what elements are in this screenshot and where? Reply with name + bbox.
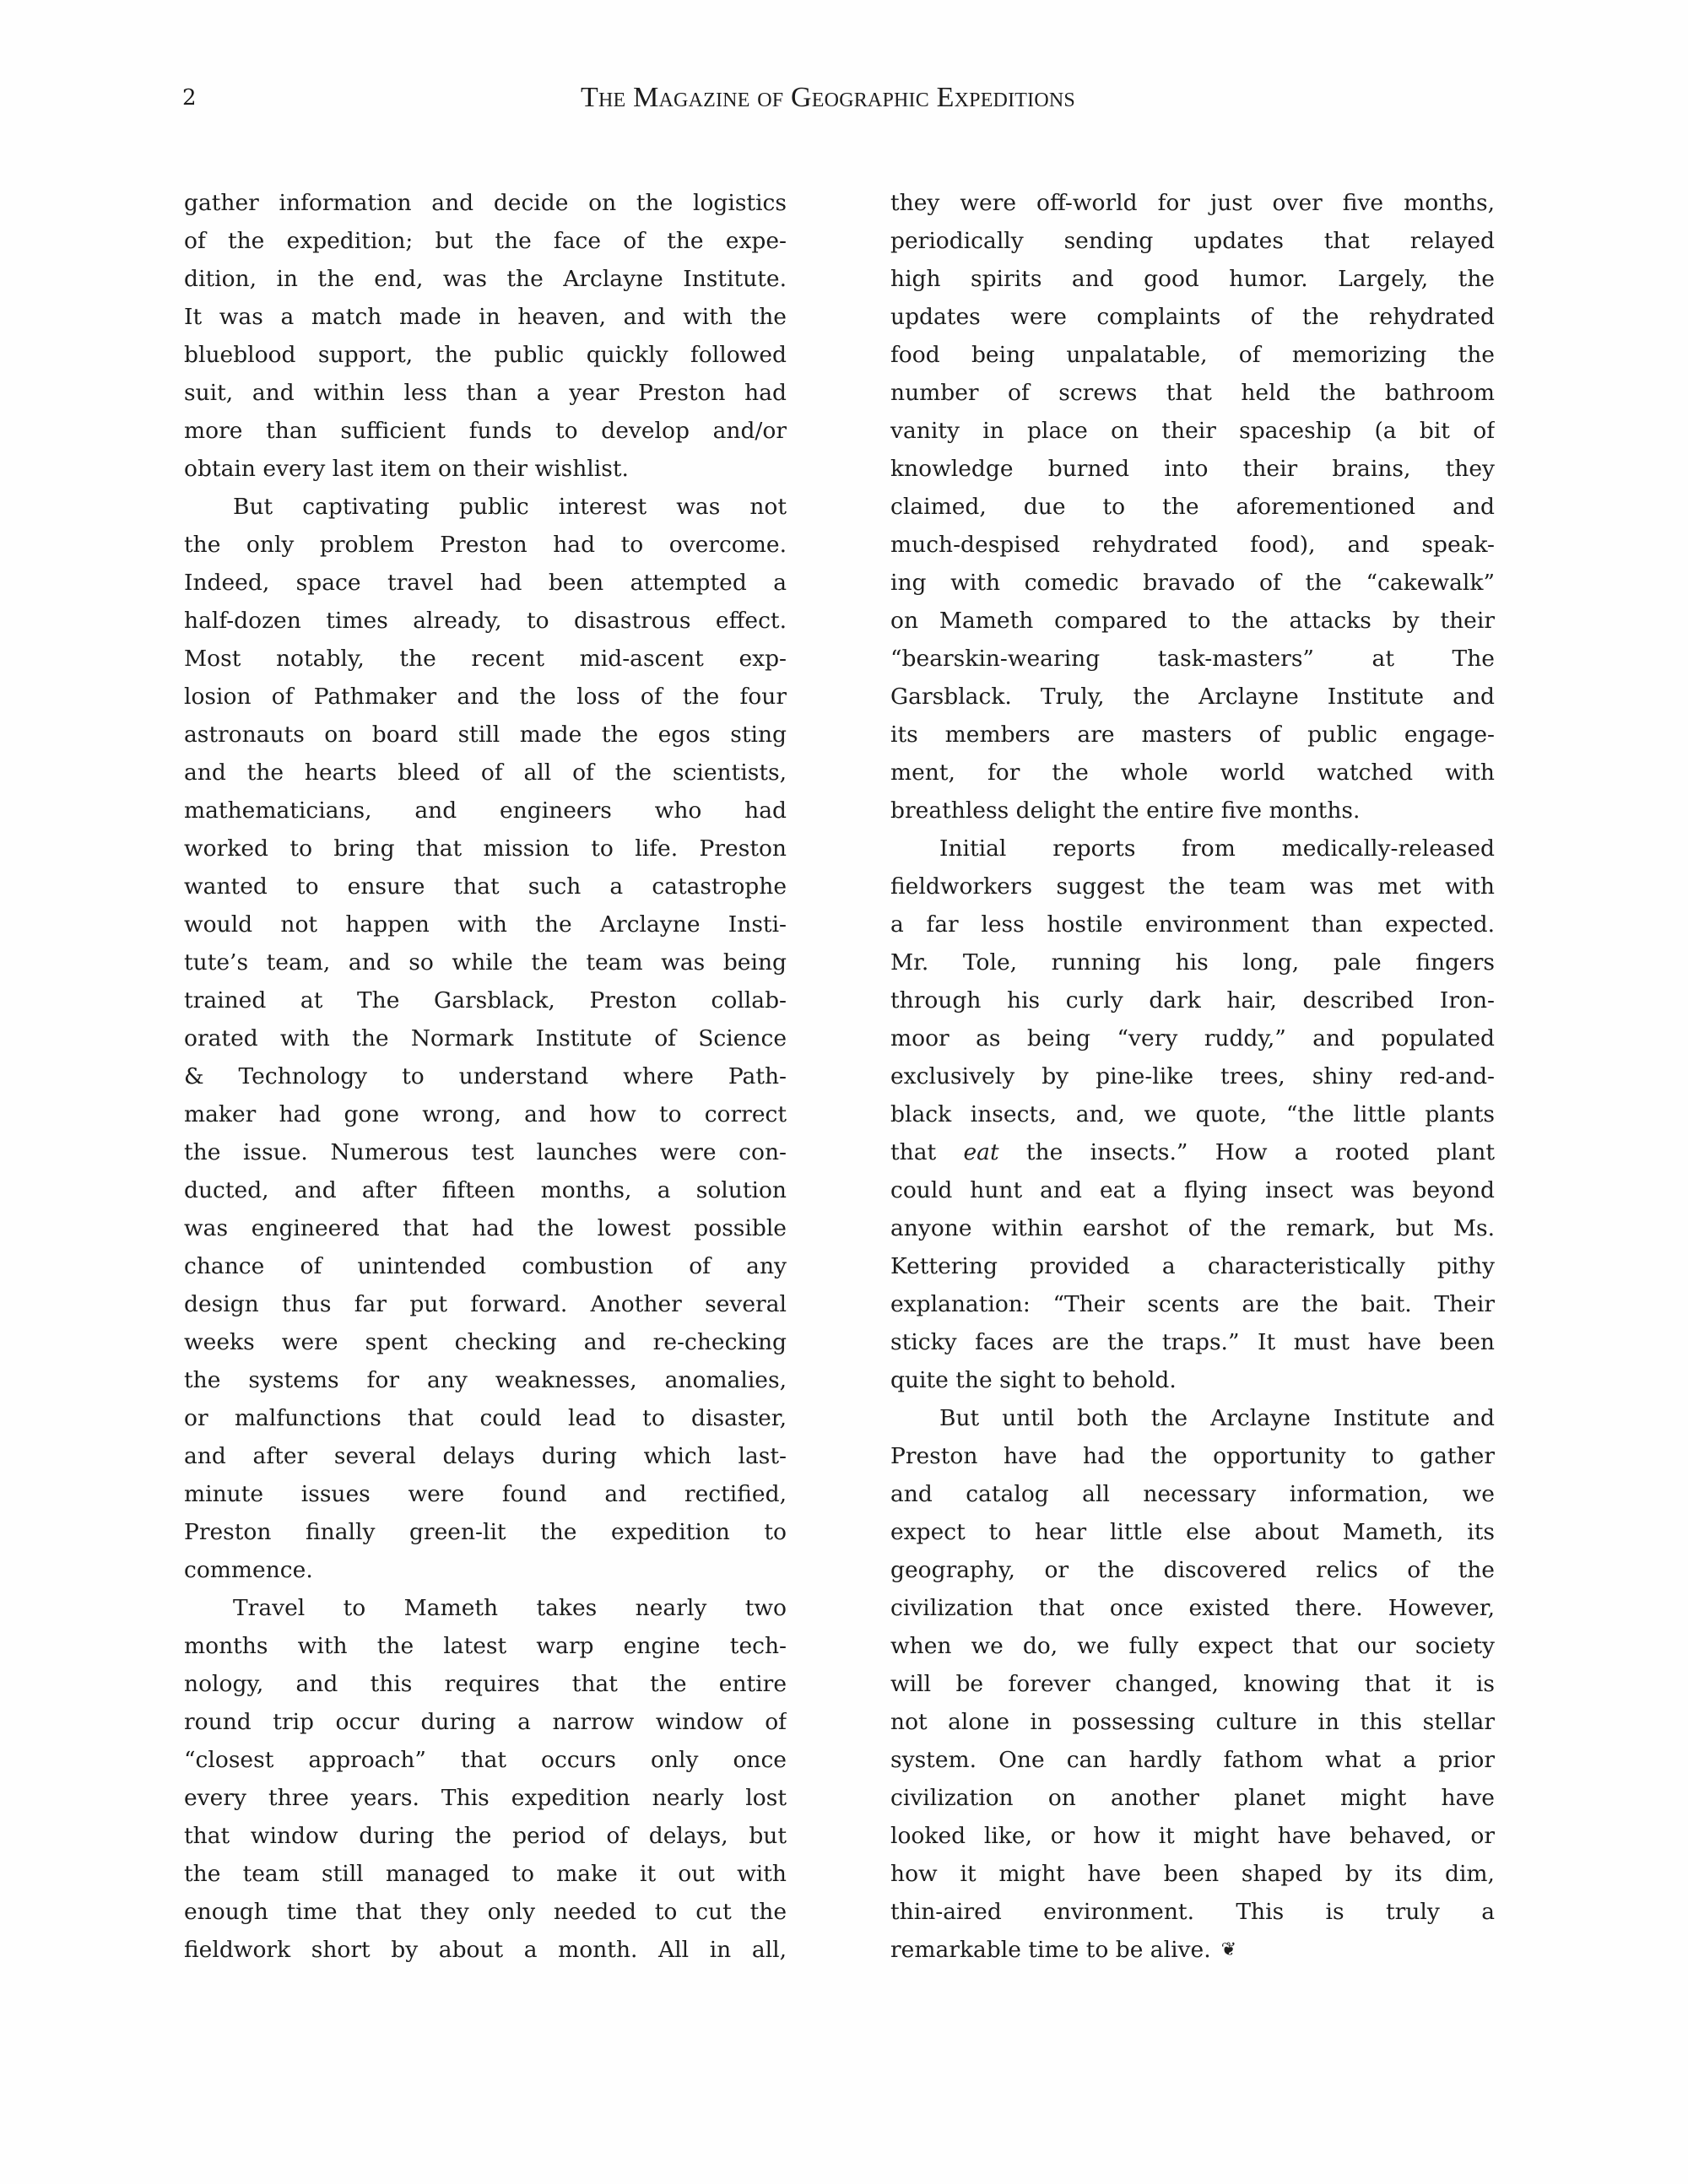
line-text: was engineered that had the lowest possi… [184,1215,787,1241]
line-text: or malfunctions that could lead to disas… [184,1405,787,1431]
line-text: would not happen with the Arclayne Insti… [184,911,787,938]
text-line: much-despised rehydrated food), and spea… [890,526,1495,564]
line-text: every three years. This expedition nearl… [184,1785,787,1811]
line-text: design thus far put forward. Another sev… [184,1291,787,1317]
text-line: quite the sight to behold. [890,1361,1495,1399]
text-line: fieldwork short by about a month. All in… [184,1931,787,1969]
line-text: Travel to Mameth takes nearly two [233,1595,787,1621]
text-line: number of screws that held the bathroom [890,374,1495,412]
line-text: “closest approach” that occurs only once [184,1747,787,1773]
line-text: thin-aired environment. This is truly a [890,1899,1495,1925]
text-line: they were off-world for just over five m… [890,184,1495,222]
line-text: mathematicians, and engineers who had [184,797,787,824]
text-line: the issue. Numerous test launches were c… [184,1133,787,1171]
line-text: ment, for the whole world watched with [890,760,1495,786]
line-text: expect to hear little else about Mameth,… [890,1519,1495,1545]
text-line: blueblood support, the public quickly fo… [184,336,787,374]
end-ornament-icon: ❦ [1221,1931,1236,1969]
line-text: and the hearts bleed of all of the scien… [184,760,787,786]
text-line: Mr. Tole, running his long, pale fingers [890,943,1495,981]
text-line: high spirits and good humor. Largely, th… [890,260,1495,298]
line-text: minute issues were found and rectified, [184,1481,787,1507]
line-text: Preston finally green-lit the expedition… [184,1519,787,1545]
text-line: could hunt and eat a flying insect was b… [890,1171,1495,1209]
line-text: blueblood support, the public quickly fo… [184,342,787,368]
line-text: orated with the Normark Institute of Sci… [184,1025,787,1051]
line-text: geography, or the discovered relics of t… [890,1557,1495,1583]
line-text: months with the latest warp engine tech- [184,1633,787,1659]
text-line: how it might have been shaped by its dim… [890,1855,1495,1893]
line-text: suit, and within less than a year Presto… [184,380,787,406]
text-line: Indeed, space travel had been attempted … [184,564,787,602]
text-line: and catalog all necessary information, w… [890,1475,1495,1513]
line-text: that window during the period of delays,… [184,1823,787,1849]
text-line: ment, for the whole world watched with [890,754,1495,792]
text-line: claimed, due to the aforementioned and [890,488,1495,526]
text-line: of the expedition; but the face of the e… [184,222,787,260]
text-line: “bearskin-wearing task-masters” at The [890,640,1495,678]
line-text: It was a match made in heaven, and with … [184,304,787,330]
text-line: periodically sending updates that relaye… [890,222,1495,260]
text-line: wanted to ensure that such a catastrophe [184,868,787,905]
text-line: Most notably, the recent mid-ascent exp- [184,640,787,678]
text-line: ducted, and after fifteen months, a solu… [184,1171,787,1209]
line-text: system. One can hardly fathom what a pri… [890,1747,1495,1773]
text-line: moor as being “very ruddy,” and populate… [890,1019,1495,1057]
line-text: “bearskin-wearing task-masters” at The [890,646,1495,672]
text-line: looked like, or how it might have behave… [890,1817,1495,1855]
text-line: Kettering provided a characteristically … [890,1247,1495,1285]
text-line: months with the latest warp engine tech- [184,1627,787,1665]
text-line: design thus far put forward. Another sev… [184,1285,787,1323]
text-line: a far less hostile environment than expe… [890,905,1495,943]
text-line: was engineered that had the lowest possi… [184,1209,787,1247]
text-line: worked to bring that mission to life. Pr… [184,830,787,868]
text-line: anyone within earshot of the remark, but… [890,1209,1495,1247]
text-line: It was a match made in heaven, and with … [184,298,787,336]
text-line: exclusively by pine-like trees, shiny re… [890,1057,1495,1095]
text-line: & Technology to understand where Path- [184,1057,787,1095]
line-text: how it might have been shaped by its dim… [890,1861,1495,1887]
text-line: when we do, we fully expect that our soc… [890,1627,1495,1665]
text-line: vanity in place on their spaceship (a bi… [890,412,1495,450]
text-line: But until both the Arclayne Institute an… [890,1399,1495,1437]
line-text: number of screws that held the bathroom [890,380,1495,406]
text-line: the team still managed to make it out wi… [184,1855,787,1893]
text-line: nology, and this requires that the entir… [184,1665,787,1703]
line-text: fieldworkers suggest the team was met wi… [890,873,1495,900]
text-line: Preston have had the opportunity to gath… [890,1437,1495,1475]
line-text: losion of Pathmaker and the loss of the … [184,684,787,710]
line-text: ing with comedic bravado of the “cakewal… [890,570,1495,596]
text-line: updates were complaints of the rehydrate… [890,298,1495,336]
line-text: knowledge burned into their brains, they [890,456,1495,482]
line-text: explanation: “Their scents are the bait.… [890,1291,1495,1317]
line-text: much-despised rehydrated food), and spea… [890,532,1495,558]
text-line: breathless delight the entire five month… [890,792,1495,830]
text-line: Garsblack. Truly, the Arclayne Institute… [890,678,1495,716]
text-line: round trip occur during a narrow window … [184,1703,787,1741]
text-line: will be forever changed, knowing that it… [890,1665,1495,1703]
text-line: thin-aired environment. This is truly a [890,1893,1495,1931]
text-line: every three years. This expedition nearl… [184,1779,787,1817]
text-line: system. One can hardly fathom what a pri… [890,1741,1495,1779]
text-line: commence. [184,1551,787,1589]
line-text: Garsblack. Truly, the Arclayne Institute… [890,684,1495,710]
line-text: half-dozen times already, to disastrous … [184,608,787,634]
text-line: minute issues were found and rectified, [184,1475,787,1513]
line-text: commence. [184,1557,313,1583]
line-text: claimed, due to the aforementioned and [890,494,1495,520]
text-line: the systems for any weaknesses, anomalie… [184,1361,787,1399]
text-line: that window during the period of delays,… [184,1817,787,1855]
text-line: maker had gone wrong, and how to correct [184,1095,787,1133]
text-line: losion of Pathmaker and the loss of the … [184,678,787,716]
text-line: enough time that they only needed to cut… [184,1893,787,1931]
line-text: fieldwork short by about a month. All in… [184,1937,787,1963]
text-line: through his curly dark hair, described I… [890,981,1495,1019]
line-text: tute’s team, and so while the team was b… [184,949,787,976]
line-text: on Mameth compared to the attacks by the… [890,608,1495,634]
text-line: mathematicians, and engineers who had [184,792,787,830]
text-line: black insects, and, we quote, “the littl… [890,1095,1495,1133]
text-line: tute’s team, and so while the team was b… [184,943,787,981]
text-line: more than sufficient funds to develop an… [184,412,787,450]
line-text: will be forever changed, knowing that it… [890,1671,1495,1697]
line-text: more than sufficient funds to develop an… [184,418,787,444]
line-text: weeks were spent checking and re-checkin… [184,1329,787,1355]
line-text: periodically sending updates that relaye… [890,228,1495,254]
line-text: moor as being “very ruddy,” and populate… [890,1025,1495,1051]
line-text: Initial reports from medically-released [939,835,1495,862]
italic-word: eat [963,1139,998,1165]
line-text: enough time that they only needed to cut… [184,1899,787,1925]
right-column: they were off-world for just over five m… [890,184,1495,1969]
line-text: Most notably, the recent mid-ascent exp- [184,646,787,672]
text-line: would not happen with the Arclayne Insti… [184,905,787,943]
line-text: civilization that once existed there. Ho… [890,1595,1495,1621]
text-line: geography, or the discovered relics of t… [890,1551,1495,1589]
text-line: gather information and decide on the log… [184,184,787,222]
line-text: round trip occur during a narrow window … [184,1709,787,1735]
magazine-page: 2 The Magazine of Geographic Expeditions… [0,0,1688,2184]
text-line: Travel to Mameth takes nearly two [184,1589,787,1627]
text-line: civilization that once existed there. Ho… [890,1589,1495,1627]
text-line: fieldworkers suggest the team was met wi… [890,868,1495,905]
text-segment: that [890,1139,963,1165]
line-text: vanity in place on their spaceship (a bi… [890,418,1495,444]
text-line: or malfunctions that could lead to disas… [184,1399,787,1437]
line-text: & Technology to understand where Path- [184,1063,787,1089]
line-text: exclusively by pine-like trees, shiny re… [890,1063,1495,1089]
line-text: obtain every last item on their wishlist… [184,456,629,482]
line-text: sticky faces are the traps.” It must hav… [890,1329,1495,1355]
text-line: and after several delays during which la… [184,1437,787,1475]
line-text: anyone within earshot of the remark, but… [890,1215,1495,1241]
line-text: and catalog all necessary information, w… [890,1481,1495,1507]
line-text: the only problem Preston had to overcome… [184,532,787,558]
text-line: civilization on another planet might hav… [890,1779,1495,1817]
text-segment: the insects.” How a rooted plant [999,1139,1495,1165]
line-text: quite the sight to behold. [890,1367,1177,1393]
line-text: looked like, or how it might have behave… [890,1823,1495,1849]
line-text: trained at The Garsblack, Preston collab… [184,987,787,1014]
text-line: Preston finally green-lit the expedition… [184,1513,787,1551]
line-text: dition, in the end, was the Arclayne Ins… [184,266,787,292]
text-line: and the hearts bleed of all of the scien… [184,754,787,792]
line-text: remarkable time to be alive. [890,1937,1211,1963]
text-line: on Mameth compared to the attacks by the… [890,602,1495,640]
line-text: Preston have had the opportunity to gath… [890,1443,1495,1469]
text-line: Initial reports from medically-released [890,830,1495,868]
line-text: not alone in possessing culture in this … [890,1709,1495,1735]
line-text: updates were complaints of the rehydrate… [890,304,1495,330]
text-line: astronauts on board still made the egos … [184,716,787,754]
text-line: “closest approach” that occurs only once [184,1741,787,1779]
line-text: could hunt and eat a flying insect was b… [890,1177,1495,1203]
line-text: its members are masters of public engage… [890,722,1495,748]
line-text: the team still managed to make it out wi… [184,1861,787,1887]
line-text: astronauts on board still made the egos … [184,722,787,748]
line-text: breathless delight the entire five month… [890,797,1360,824]
line-text: chance of unintended combustion of any [184,1253,787,1279]
line-text: maker had gone wrong, and how to correct [184,1101,787,1127]
line-text: Indeed, space travel had been attempted … [184,570,787,596]
text-line: dition, in the end, was the Arclayne Ins… [184,260,787,298]
line-text: of the expedition; but the face of the e… [184,228,787,254]
text-line: knowledge burned into their brains, they [890,450,1495,488]
text-line: chance of unintended combustion of any [184,1247,787,1285]
line-text: and after several delays during which la… [184,1443,787,1469]
line-text: the issue. Numerous test launches were c… [184,1139,787,1165]
text-line: its members are masters of public engage… [890,716,1495,754]
text-line: obtain every last item on their wishlist… [184,450,787,488]
line-text: when we do, we fully expect that our soc… [890,1633,1495,1659]
line-text: civilization on another planet might hav… [890,1785,1495,1811]
text-line: trained at The Garsblack, Preston collab… [184,981,787,1019]
text-line: ing with comedic bravado of the “cakewal… [890,564,1495,602]
text-line: remarkable time to be alive.❦ [890,1931,1495,1969]
text-line: that eat the insects.” How a rooted plan… [890,1133,1495,1171]
line-text: the systems for any weaknesses, anomalie… [184,1367,787,1393]
page-number: 2 [182,84,197,111]
line-text: But until both the Arclayne Institute an… [939,1405,1495,1431]
text-line: suit, and within less than a year Presto… [184,374,787,412]
line-text: food being unpalatable, of memorizing th… [890,342,1495,368]
line-text: black insects, and, we quote, “the littl… [890,1101,1495,1127]
line-text: high spirits and good humor. Largely, th… [890,266,1495,292]
line-text: gather information and decide on the log… [184,190,787,216]
text-line: orated with the Normark Institute of Sci… [184,1019,787,1057]
text-line: expect to hear little else about Mameth,… [890,1513,1495,1551]
line-text: nology, and this requires that the entir… [184,1671,787,1697]
left-column: gather information and decide on the log… [184,184,787,1969]
text-line: sticky faces are the traps.” It must hav… [890,1323,1495,1361]
running-title: The Magazine of Geographic Expeditions [545,83,1111,113]
text-line: But captivating public interest was not [184,488,787,526]
line-text: Mr. Tole, running his long, pale fingers [890,949,1495,976]
text-line: not alone in possessing culture in this … [890,1703,1495,1741]
line-text: through his curly dark hair, described I… [890,987,1495,1014]
line-text: they were off-world for just over five m… [890,190,1495,216]
line-text: But captivating public interest was not [233,494,787,520]
line-text: a far less hostile environment than expe… [890,911,1495,938]
text-line: the only problem Preston had to overcome… [184,526,787,564]
line-text: Kettering provided a characteristically … [890,1253,1495,1279]
line-text: ducted, and after fifteen months, a solu… [184,1177,787,1203]
text-line: explanation: “Their scents are the bait.… [890,1285,1495,1323]
text-line: half-dozen times already, to disastrous … [184,602,787,640]
text-line: weeks were spent checking and re-checkin… [184,1323,787,1361]
line-text: wanted to ensure that such a catastrophe [184,873,787,900]
text-line: food being unpalatable, of memorizing th… [890,336,1495,374]
line-text: worked to bring that mission to life. Pr… [184,835,787,862]
